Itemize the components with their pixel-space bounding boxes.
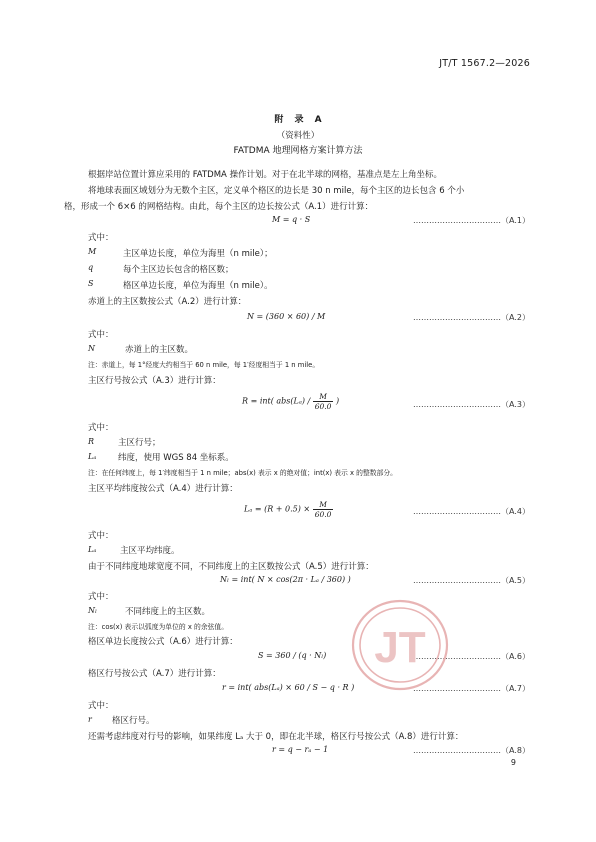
- header-standard-code: JT/T 1567.2—2026: [439, 58, 530, 69]
- paragraph-2a: 将地球表面区域划分为无数个主区，定义单个格区的边长是 30 n mile，每个主…: [88, 184, 464, 196]
- note-2: 注：在任何纬度上，每 1′纬度相当于 1 n mile；abs(x) 表示 x …: [88, 467, 397, 477]
- symbol-la-mean-desc: 主区平均纬度。: [120, 544, 180, 556]
- formula-a3: R = int( abs(Lₐ) / M 60.0 ): [242, 392, 339, 411]
- formula-a5: Nₗ = int( N × cos(2π · Lₐ / 360) ): [220, 575, 351, 584]
- annex-heading: FATDMA 地理网格方案计算方法: [0, 143, 596, 156]
- formula-a3-label: ……………………………（A.3）: [413, 399, 530, 410]
- symbol-r-grid: r: [88, 715, 92, 724]
- symbol-r-desc: 主区行号；: [118, 436, 161, 448]
- symbol-n: N: [88, 344, 95, 353]
- symbol-r: R: [88, 437, 94, 446]
- where-label-3: 式中：: [88, 421, 114, 433]
- symbol-la-mean: Lₐ: [88, 545, 96, 554]
- symbol-nl-desc: 不同纬度上的主区数。: [125, 605, 210, 617]
- where-label: 式中：: [88, 231, 114, 243]
- symbol-s-desc: 格区单边长度，单位为海里（n mile）。: [123, 279, 273, 291]
- formula-a1: M = q · S: [272, 215, 310, 224]
- formula-a4: Lₐ = (R + 0.5) × M 60.0: [244, 500, 333, 519]
- paragraph-a7: 格区行号按公式（A.7）进行计算：: [88, 667, 221, 679]
- paragraph-a3: 主区行号按公式（A.3）进行计算：: [88, 374, 221, 386]
- where-label-5: 式中：: [88, 590, 114, 602]
- symbol-r-grid-desc: 格区行号。: [112, 714, 155, 726]
- formula-a7-label: ……………………………（A.7）: [413, 683, 530, 694]
- paragraph-1: 根据岸站位置计算应采用的 FATDMA 操作计划。对于在北半球的网格，基准点是左…: [88, 168, 442, 180]
- paragraph-a4: 主区平均纬度按公式（A.4）进行计算：: [88, 482, 238, 494]
- annex-title: 附 录 A: [0, 112, 596, 125]
- symbol-q-desc: 每个主区边长包含的格区数；: [123, 263, 234, 275]
- where-label-4: 式中：: [88, 529, 114, 541]
- symbol-la: Lₐ: [88, 452, 96, 461]
- formula-a8-label: ……………………………（A.8）: [413, 745, 530, 756]
- formula-a5-label: ……………………………（A.5）: [413, 575, 530, 586]
- formula-a3-fraction: M 60.0: [313, 392, 334, 411]
- paragraph-a6: 格区单边长度按公式（A.6）进行计算：: [88, 635, 238, 647]
- paragraph-a5: 由于不同纬度地球宽度不同，不同纬度上的主区数按公式（A.5）进行计算：: [88, 560, 374, 572]
- annex-type: （资料性）: [0, 129, 596, 141]
- formula-a8: r = q − rₐ − 1: [272, 745, 328, 754]
- formula-a2: N = (360 × 60) / M: [247, 312, 325, 321]
- formula-a4-lhs: Lₐ = (R + 0.5) ×: [244, 505, 310, 514]
- page-number: 9: [511, 758, 516, 767]
- formula-a4-fraction: M 60.0: [313, 500, 334, 519]
- formula-a3-rhs: ): [336, 397, 339, 406]
- where-label-2: 式中：: [88, 328, 114, 340]
- formula-a2-label: ……………………………（A.2）: [413, 312, 530, 323]
- symbol-la-desc: 纬度，使用 WGS 84 坐标系。: [118, 451, 234, 463]
- symbol-nl: Nₗ: [88, 606, 97, 615]
- symbol-m-desc: 主区单边长度，单位为海里（n mile）；: [123, 247, 273, 259]
- note-3: 注：cos(x) 表示以弧度为单位的 x 的余弦值。: [88, 621, 228, 631]
- paragraph-2b: 格，形成一个 6×6 的网格结构。由此，每个主区的边长按公式（A.1）进行计算：: [64, 200, 373, 212]
- formula-a6-label: ……………………………（A.6）: [413, 651, 530, 662]
- formula-a6: S = 360 / (q · Nₗ): [258, 651, 326, 660]
- paragraph-a8: 还需考虑纬度对行号的影响，如果纬度 Lₐ 大于 0，即在北半球，格区行号按公式（…: [88, 730, 463, 742]
- svg-text:JT: JT: [374, 623, 425, 672]
- note-1: 注：赤道上，每 1°经度大约相当于 60 n mile，每 1′经度相当于 1 …: [88, 359, 319, 369]
- formula-a1-label: ……………………………（A.1）: [413, 215, 530, 226]
- jt-watermark-stamp-icon: JT: [350, 598, 450, 692]
- where-label-6: 式中：: [88, 699, 114, 711]
- formula-a4-label: ……………………………（A.4）: [413, 506, 530, 517]
- symbol-s: S: [88, 279, 93, 288]
- symbol-n-desc: 赤道上的主区数。: [125, 343, 193, 355]
- paragraph-a2: 赤道上的主区数按公式（A.2）进行计算：: [88, 295, 246, 307]
- symbol-q: q: [88, 263, 93, 272]
- symbol-m: M: [88, 247, 96, 256]
- formula-a7: r = int( abs(Lₐ) × 60 / S − q · R ): [222, 683, 354, 692]
- formula-a3-lhs: R = int( abs(Lₐ) /: [242, 397, 310, 406]
